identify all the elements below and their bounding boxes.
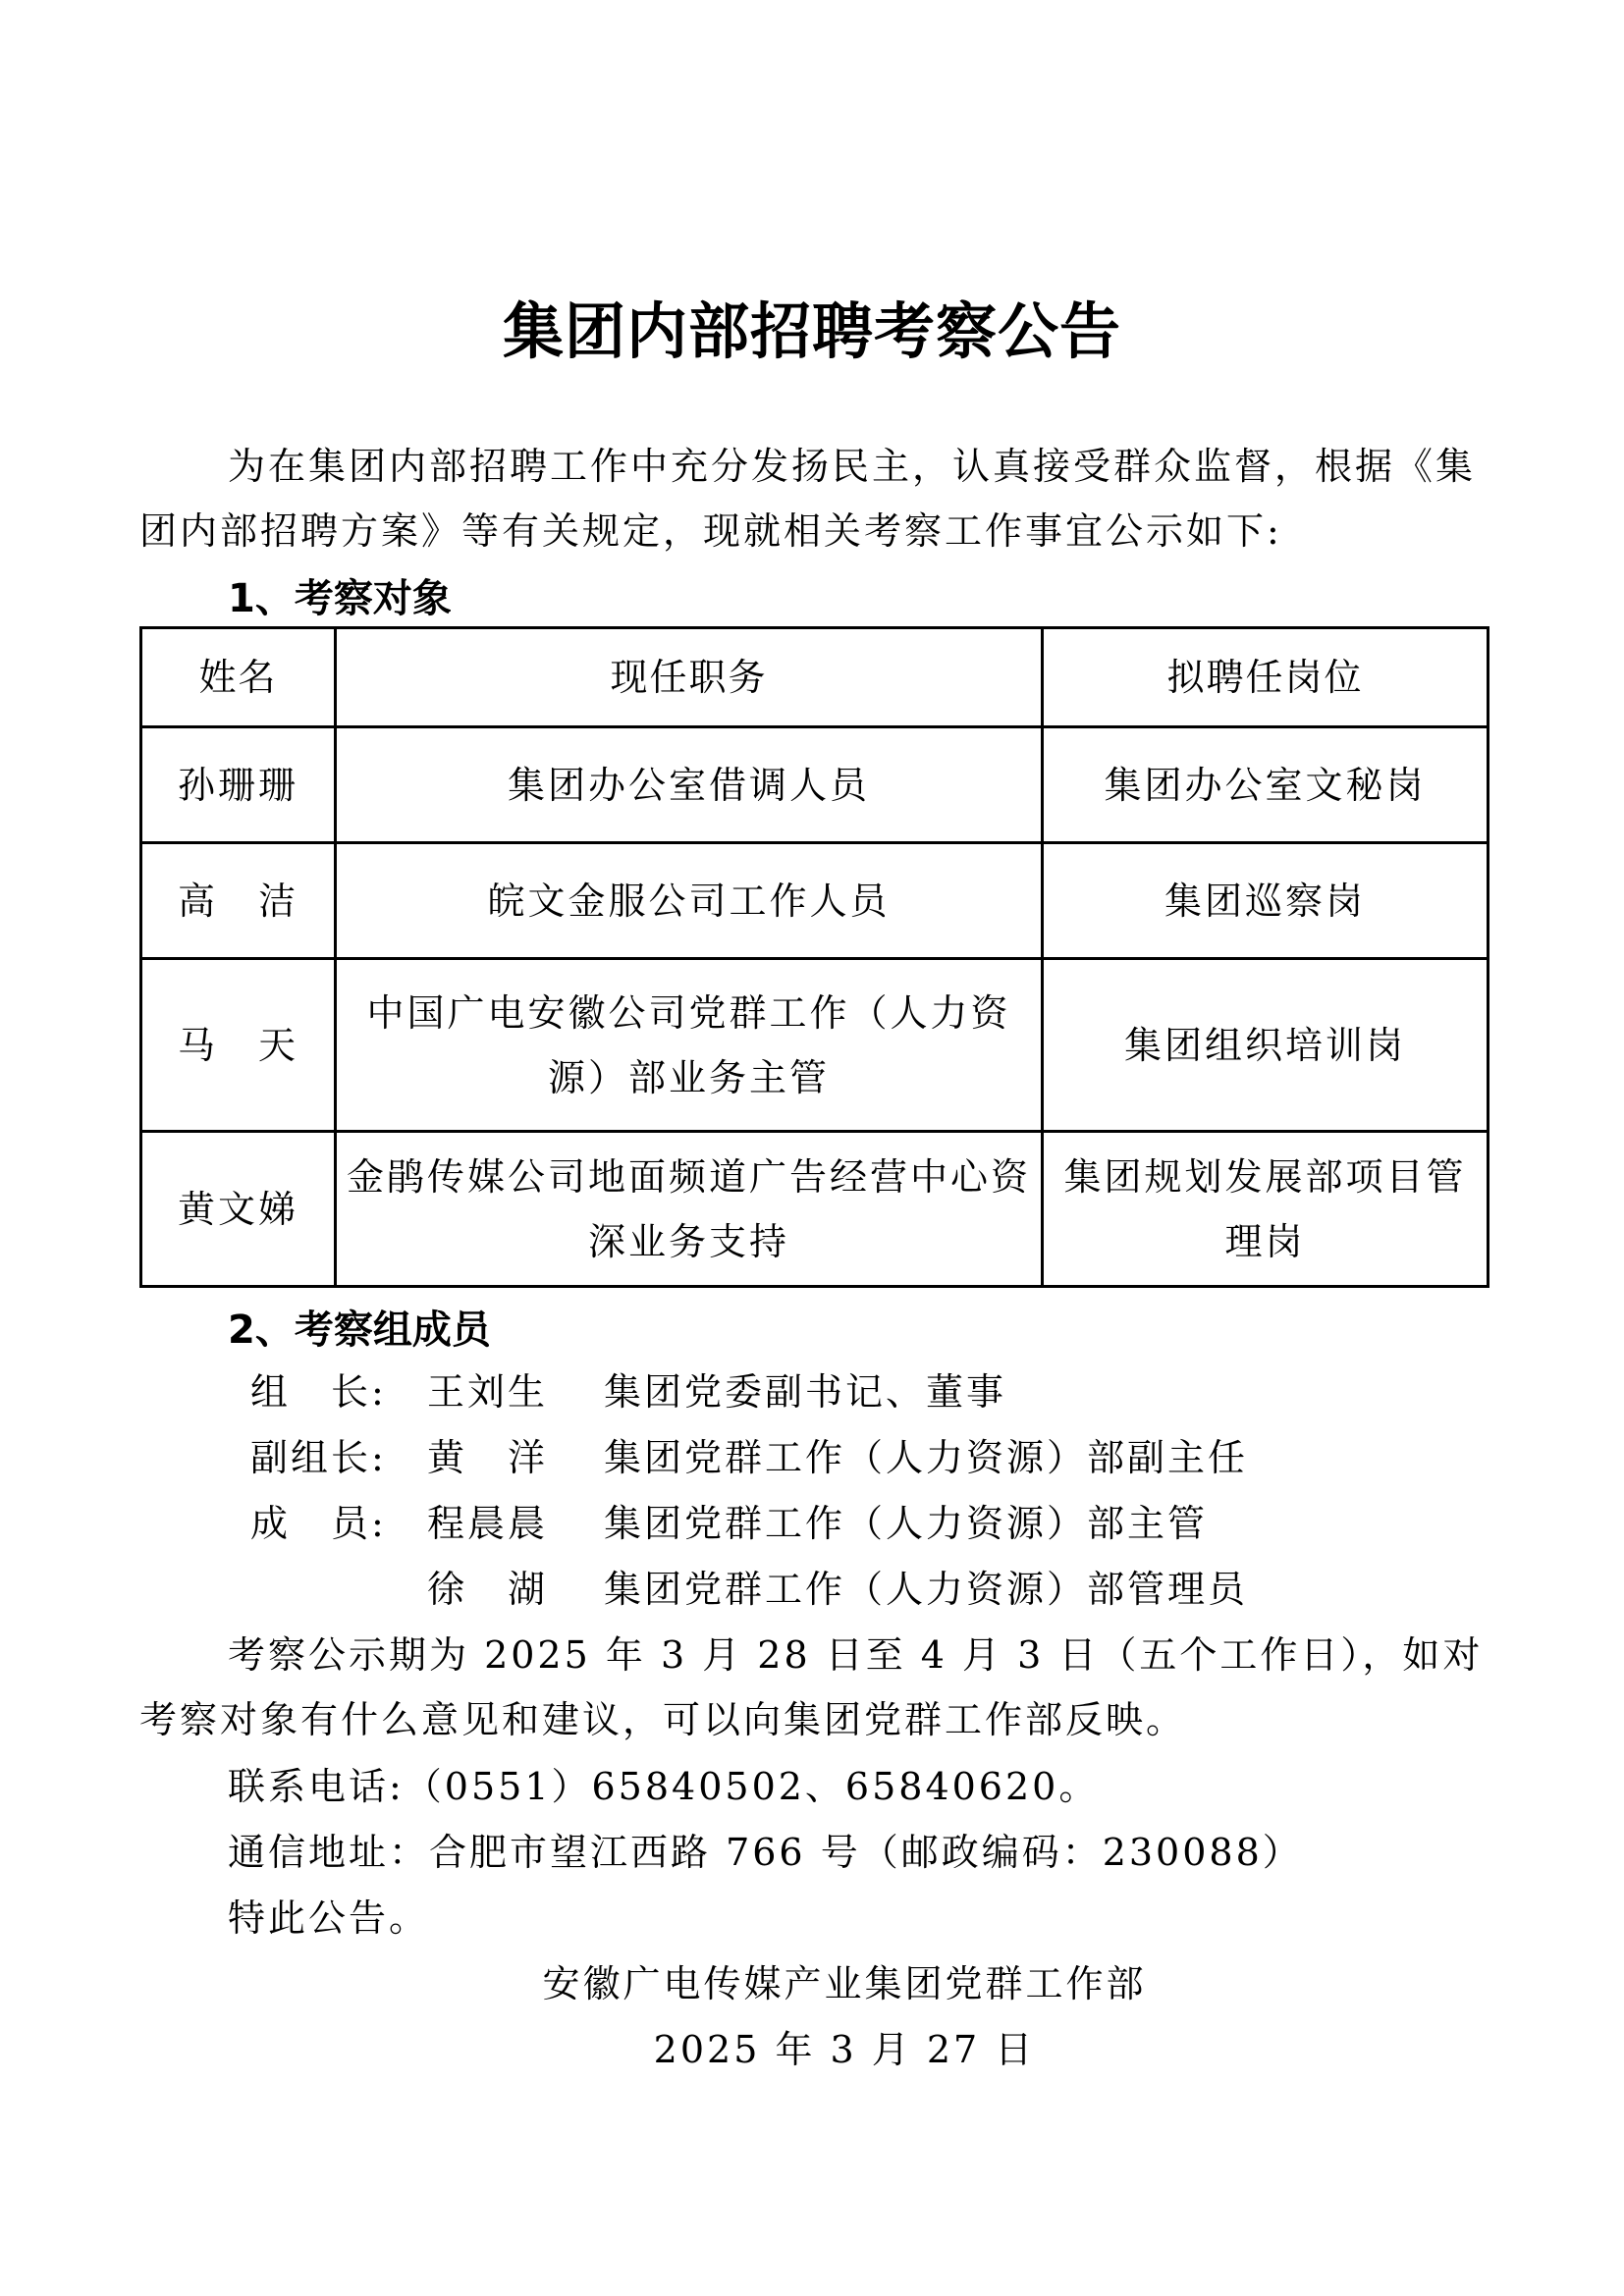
member-title: 集团党委副书记、董事 bbox=[604, 1370, 1006, 1414]
cell-name: 高 洁 bbox=[141, 843, 336, 959]
member-row: 组 长:王刘生集团党委副书记、董事 bbox=[250, 1360, 1006, 1424]
cell-current-position: 金鹃传媒公司地面频道广告经营中心资深业务支持 bbox=[336, 1132, 1043, 1287]
intro-paragraph: 为在集团内部招聘工作中充分发扬民主，认真接受群众监督，根据《集团内部招聘方案》等… bbox=[139, 434, 1487, 563]
column-header-proposed-position: 拟聘任岗位 bbox=[1043, 628, 1489, 727]
column-header-current-position: 现任职务 bbox=[336, 628, 1043, 727]
table-row: 马 天 中国广电安徽公司党群工作（人力资源）部业务主管 集团组织培训岗 bbox=[141, 959, 1489, 1132]
section-1-heading: 1、考察对象 bbox=[228, 569, 452, 628]
member-title: 集团党群工作（人力资源）部主管 bbox=[604, 1502, 1208, 1545]
column-header-name: 姓名 bbox=[141, 628, 336, 727]
cell-name: 孙珊珊 bbox=[141, 727, 336, 843]
member-name: 王刘生 bbox=[427, 1360, 604, 1424]
page-title: 集团内部招聘考察公告 bbox=[0, 293, 1624, 371]
cell-proposed-position: 集团规划发展部项目管理岗 bbox=[1043, 1132, 1489, 1287]
cell-name: 黄文娣 bbox=[141, 1132, 336, 1287]
contact-phone: 联系电话:（0551）65840502、65840620。 bbox=[139, 1754, 1487, 1819]
member-row: 徐 湖集团党群工作（人力资源）部管理员 bbox=[250, 1557, 1248, 1622]
member-name: 黄 洋 bbox=[427, 1425, 604, 1490]
member-name: 程晨晨 bbox=[427, 1491, 604, 1556]
cell-current-position: 中国广电安徽公司党群工作（人力资源）部业务主管 bbox=[336, 959, 1043, 1132]
cell-current-position: 皖文金服公司工作人员 bbox=[336, 843, 1043, 959]
table-header-row: 姓名 现任职务 拟聘任岗位 bbox=[141, 628, 1489, 727]
cell-name: 马 天 bbox=[141, 959, 336, 1132]
member-row: 成 员:程晨晨集团党群工作（人力资源）部主管 bbox=[250, 1491, 1208, 1556]
table-row: 高 洁 皖文金服公司工作人员 集团巡察岗 bbox=[141, 843, 1489, 959]
signature-date: 2025 年 3 月 27 日 bbox=[0, 2017, 1624, 2082]
member-role: 组 长: bbox=[250, 1360, 427, 1424]
cell-proposed-position: 集团组织培训岗 bbox=[1043, 959, 1489, 1132]
notice-paragraph: 考察公示期为 2025 年 3 月 28 日至 4 月 3 日（五个工作日），如… bbox=[139, 1623, 1487, 1752]
member-row: 副组长:黄 洋集团党群工作（人力资源）部副主任 bbox=[250, 1425, 1248, 1490]
closing-line: 特此公告。 bbox=[139, 1886, 1487, 1950]
mailing-address: 通信地址：合肥市望江西路 766 号（邮政编码：230088） bbox=[139, 1820, 1487, 1885]
section-2-heading: 2、考察组成员 bbox=[228, 1301, 491, 1360]
candidates-table: 姓名 现任职务 拟聘任岗位 孙珊珊 集团办公室借调人员 集团办公室文秘岗 高 洁… bbox=[139, 626, 1489, 1288]
member-title: 集团党群工作（人力资源）部管理员 bbox=[604, 1568, 1248, 1611]
cell-proposed-position: 集团巡察岗 bbox=[1043, 843, 1489, 959]
cell-current-position: 集团办公室借调人员 bbox=[336, 727, 1043, 843]
cell-proposed-position: 集团办公室文秘岗 bbox=[1043, 727, 1489, 843]
member-name: 徐 湖 bbox=[427, 1557, 604, 1622]
member-role: 成 员: bbox=[250, 1491, 427, 1556]
member-role: 副组长: bbox=[250, 1425, 427, 1490]
member-title: 集团党群工作（人力资源）部副主任 bbox=[604, 1436, 1248, 1479]
signature-org: 安徽广电传媒产业集团党群工作部 bbox=[0, 1951, 1624, 2016]
table-row: 孙珊珊 集团办公室借调人员 集团办公室文秘岗 bbox=[141, 727, 1489, 843]
table-row: 黄文娣 金鹃传媒公司地面频道广告经营中心资深业务支持 集团规划发展部项目管理岗 bbox=[141, 1132, 1489, 1287]
